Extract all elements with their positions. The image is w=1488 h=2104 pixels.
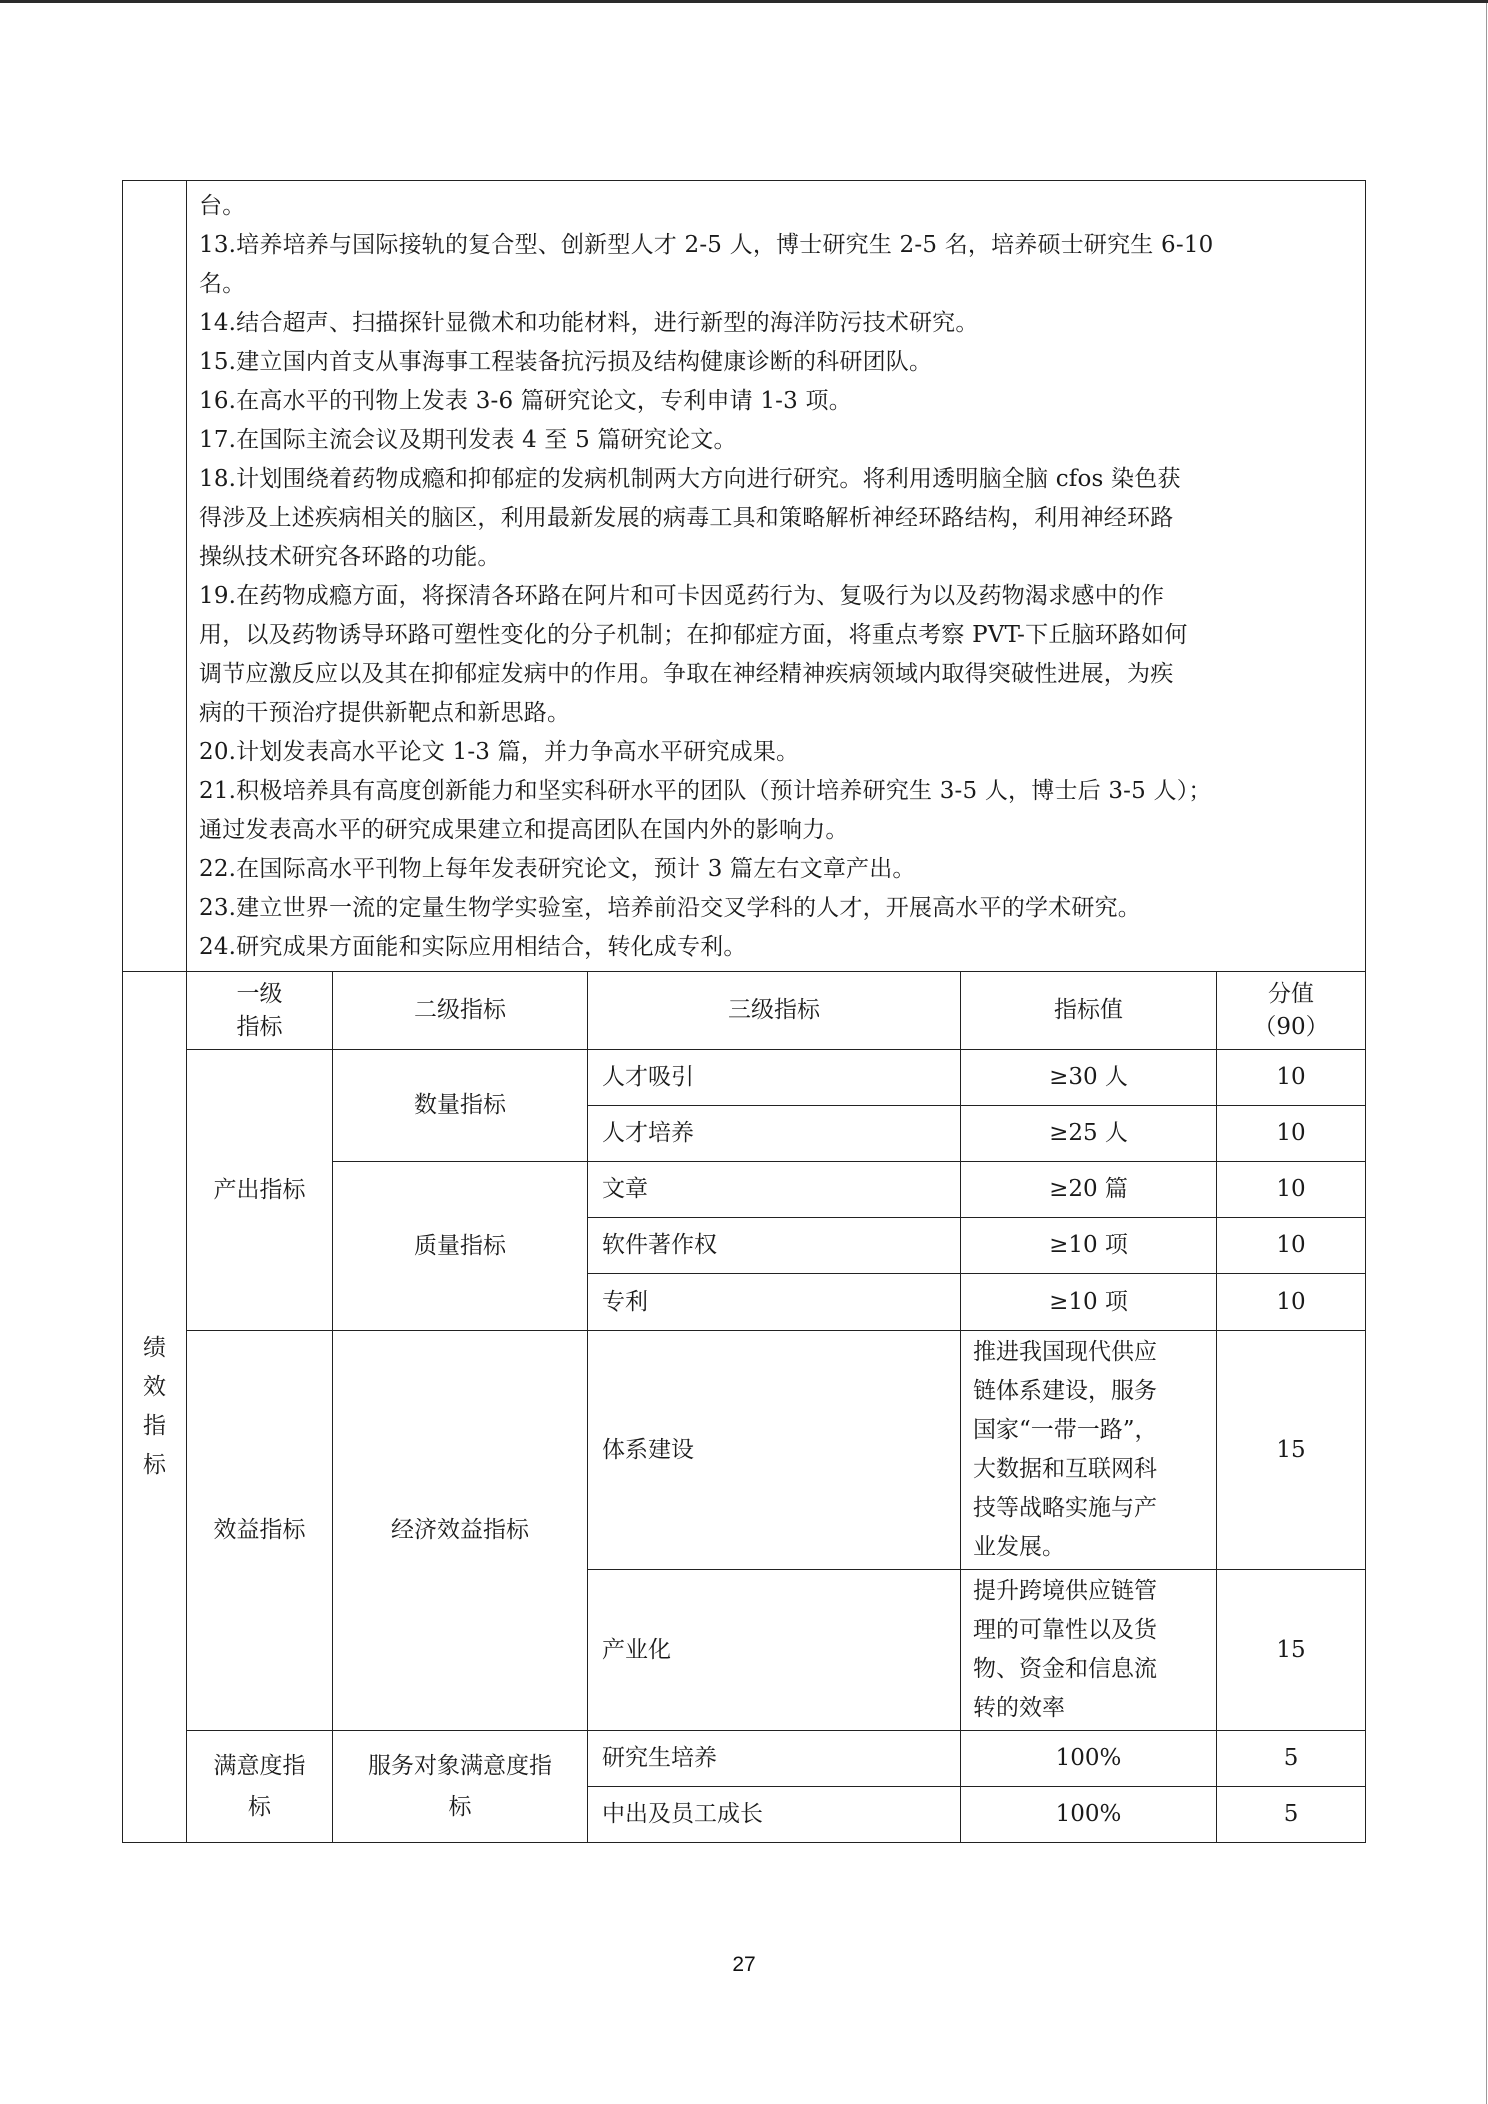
text-line: 21.积极培养具有高度创新能力和坚实科研水平的团队（预计培养研究生 3-5 人，… — [199, 772, 1353, 811]
text-line: 16.在高水平的刊物上发表 3-6 篇研究论文，专利申请 1-3 项。 — [199, 382, 1353, 421]
text-line: 14.结合超声、扫描探针显微术和功能材料，进行新型的海洋防污技术研究。 — [199, 304, 1353, 343]
label-char: 指 — [123, 1407, 186, 1446]
target-line: 推进我国现代供应 — [973, 1333, 1206, 1372]
level2-quantity: 数量指标 — [333, 1050, 588, 1162]
text-line: 台。 — [199, 187, 1353, 226]
level2-service-satisfaction: 服务对象满意度指 标 — [333, 1731, 588, 1843]
cell-line: 标 — [333, 1787, 587, 1828]
text-line: 22.在国际高水平刊物上每年发表研究论文，预计 3 篇左右文章产出。 — [199, 850, 1353, 889]
header-text: 指标 — [187, 1011, 332, 1044]
target-cell: ≥10 项 — [961, 1218, 1217, 1274]
text-section-content: 台。 13.培养培养与国际接轨的复合型、创新型人才 2-5 人，博士研究生 2-… — [187, 181, 1366, 972]
level1-benefit: 效益指标 — [187, 1331, 333, 1731]
score-cell: 10 — [1217, 1050, 1366, 1106]
target-cell: 100% — [961, 1787, 1217, 1843]
score-cell: 5 — [1217, 1731, 1366, 1787]
level3-cell: 产业化 — [588, 1570, 961, 1731]
header-score: 分值 （90） — [1217, 972, 1366, 1050]
text-section-label-cell — [123, 181, 187, 972]
page-edge — [1486, 3, 1487, 2104]
score-cell: 10 — [1217, 1274, 1366, 1331]
level3-cell: 研究生培养 — [588, 1731, 961, 1787]
text-line: 24.研究成果方面能和实际应用相结合，转化成专利。 — [199, 928, 1353, 967]
header-text: 一级 — [187, 978, 332, 1011]
score-cell: 5 — [1217, 1787, 1366, 1843]
label-char: 标 — [123, 1446, 186, 1485]
header-level1: 一级 指标 — [187, 972, 333, 1050]
text-line: 19.在药物成瘾方面，将探清各环路在阿片和可卡因觅药行为、复吸行为以及药物渴求感… — [199, 577, 1353, 616]
text-line: 调节应激反应以及其在抑郁症发病中的作用。争取在神经精神疾病领域内取得突破性进展，… — [199, 655, 1353, 694]
target-description-cell: 提升跨境供应链管 理的可靠性以及货 物、资金和信息流 转的效率 — [961, 1570, 1217, 1731]
text-line: 名。 — [199, 265, 1353, 304]
text-line: 20.计划发表高水平论文 1-3 篇，并力争高水平研究成果。 — [199, 733, 1353, 772]
target-cell: ≥10 项 — [961, 1274, 1217, 1331]
score-cell: 10 — [1217, 1162, 1366, 1218]
label-char: 效 — [123, 1368, 186, 1407]
text-line: 23.建立世界一流的定量生物学实验室，培养前沿交叉学科的人才，开展高水平的学术研… — [199, 889, 1353, 928]
score-cell: 10 — [1217, 1218, 1366, 1274]
level3-cell: 专利 — [588, 1274, 961, 1331]
text-line: 17.在国际主流会议及期刊发表 4 至 5 篇研究论文。 — [199, 421, 1353, 460]
target-line: 技等战略实施与产 — [973, 1489, 1206, 1528]
table-header-row: 绩 效 指 标 一级 指标 二级指标 三级指标 指标值 分值 （90） — [123, 972, 1366, 1050]
level3-cell: 人才培养 — [588, 1106, 961, 1162]
level3-cell: 中出及员工成长 — [588, 1787, 961, 1843]
score-cell: 15 — [1217, 1331, 1366, 1570]
score-cell: 10 — [1217, 1106, 1366, 1162]
label-char: 绩 — [123, 1329, 186, 1368]
text-section-row: 台。 13.培养培养与国际接轨的复合型、创新型人才 2-5 人，博士研究生 2-… — [123, 181, 1366, 972]
level3-cell: 体系建设 — [588, 1331, 961, 1570]
performance-indicators-label: 绩 效 指 标 — [123, 972, 187, 1843]
target-description-cell: 推进我国现代供应 链体系建设，服务 国家“一带一路”， 大数据和互联网科 技等战… — [961, 1331, 1217, 1570]
target-line: 链体系建设，服务 — [973, 1372, 1206, 1411]
target-line: 理的可靠性以及货 — [973, 1611, 1206, 1650]
target-cell: 100% — [961, 1731, 1217, 1787]
header-level3: 三级指标 — [588, 972, 961, 1050]
table-row: 产出指标 数量指标 人才吸引 ≥30 人 10 — [123, 1050, 1366, 1106]
level2-economic-benefit: 经济效益指标 — [333, 1331, 588, 1731]
target-line: 大数据和互联网科 — [973, 1450, 1206, 1489]
header-text: 分值 — [1217, 978, 1365, 1011]
level1-satisfaction: 满意度指 标 — [187, 1731, 333, 1843]
level2-quality: 质量指标 — [333, 1162, 588, 1331]
header-text: （90） — [1217, 1011, 1365, 1044]
table-row: 效益指标 经济效益指标 体系建设 推进我国现代供应 链体系建设，服务 国家“一带… — [123, 1331, 1366, 1570]
text-line: 18.计划围绕着药物成瘾和抑郁症的发病机制两大方向进行研究。将利用透明脑全脑 c… — [199, 460, 1353, 499]
target-line: 提升跨境供应链管 — [973, 1572, 1206, 1611]
cell-line: 服务对象满意度指 — [333, 1746, 587, 1787]
target-line: 业发展。 — [973, 1528, 1206, 1567]
text-line: 病的干预治疗提供新靶点和新思路。 — [199, 694, 1353, 733]
target-line: 国家“一带一路”， — [973, 1411, 1206, 1450]
text-line: 操纵技术研究各环路的功能。 — [199, 538, 1353, 577]
target-cell: ≥30 人 — [961, 1050, 1217, 1106]
level3-cell: 软件著作权 — [588, 1218, 961, 1274]
level3-cell: 人才吸引 — [588, 1050, 961, 1106]
level3-cell: 文章 — [588, 1162, 961, 1218]
header-level2: 二级指标 — [333, 972, 588, 1050]
performance-form-table: 台。 13.培养培养与国际接轨的复合型、创新型人才 2-5 人，博士研究生 2-… — [122, 180, 1366, 1843]
table-row: 满意度指 标 服务对象满意度指 标 研究生培养 100% 5 — [123, 1731, 1366, 1787]
cell-line: 满意度指 — [187, 1746, 332, 1787]
text-line: 通过发表高水平的研究成果建立和提高团队在国内外的影响力。 — [199, 811, 1353, 850]
cell-line: 标 — [187, 1787, 332, 1828]
text-line: 15.建立国内首支从事海事工程装备抗污损及结构健康诊断的科研团队。 — [199, 343, 1353, 382]
text-line: 13.培养培养与国际接轨的复合型、创新型人才 2-5 人，博士研究生 2-5 名… — [199, 226, 1353, 265]
target-line: 转的效率 — [973, 1689, 1206, 1728]
target-cell: ≥20 篇 — [961, 1162, 1217, 1218]
target-line: 物、资金和信息流 — [973, 1650, 1206, 1689]
header-target: 指标值 — [961, 972, 1217, 1050]
page-number: 27 — [0, 1953, 1488, 1977]
target-cell: ≥25 人 — [961, 1106, 1217, 1162]
score-cell: 15 — [1217, 1570, 1366, 1731]
text-line: 用，以及药物诱导环路可塑性变化的分子机制；在抑郁症方面，将重点考察 PVT-下丘… — [199, 616, 1353, 655]
text-line: 得涉及上述疾病相关的脑区，利用最新发展的病毒工具和策略解析神经环路结构，利用神经… — [199, 499, 1353, 538]
level1-output: 产出指标 — [187, 1050, 333, 1331]
